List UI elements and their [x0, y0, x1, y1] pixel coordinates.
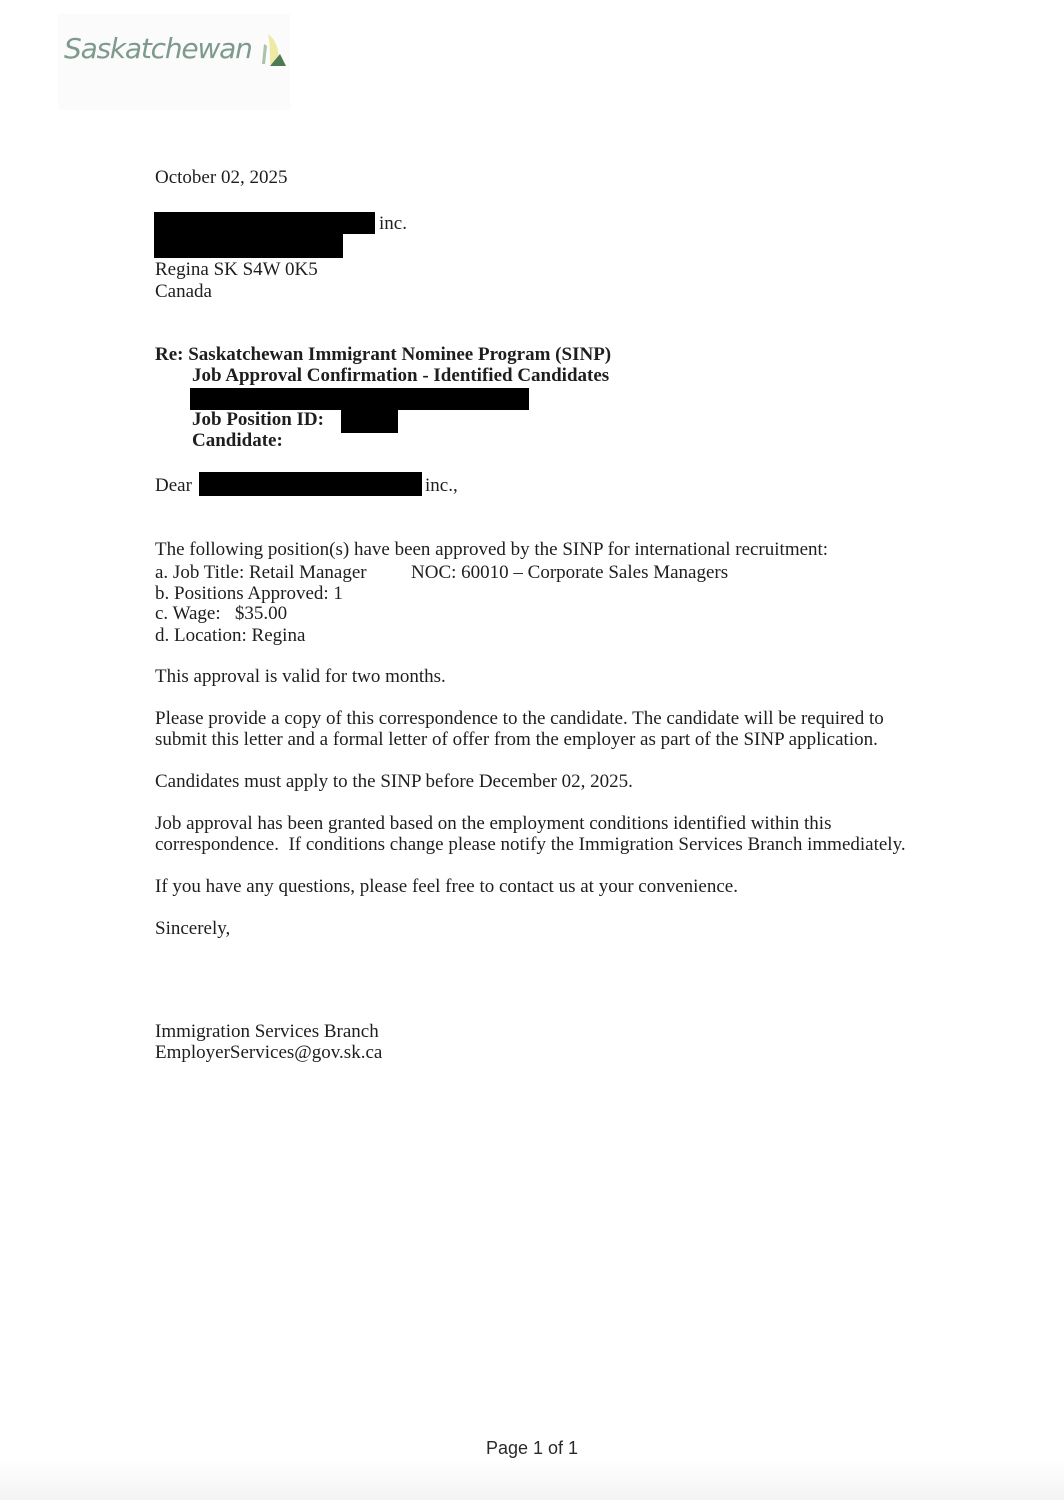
candidate-label: Candidate:	[192, 430, 283, 451]
approval-item-noc: NOC: 60010 – Corporate Sales Managers	[411, 562, 728, 583]
conditions-line-2: correspondence. If conditions change ple…	[155, 834, 906, 855]
subject-line-1: Re: Saskatchewan Immigrant Nominee Progr…	[155, 344, 611, 365]
conditions-line-1: Job approval has been granted based on t…	[155, 813, 831, 834]
provide-copy-line-2: submit this letter and a formal letter o…	[155, 729, 878, 750]
approval-item-location: d. Location: Regina	[155, 625, 305, 646]
approval-item-wage: c. Wage: $35.00	[155, 603, 287, 624]
provide-copy-line-1: Please provide a copy of this correspond…	[155, 708, 884, 729]
signature-branch: Immigration Services Branch	[155, 1021, 379, 1042]
recipient-city-line: Regina SK S4W 0K5	[155, 259, 318, 280]
approval-item-job-title: a. Job Title: Retail Manager	[155, 562, 367, 583]
redacted-job-position-id	[341, 410, 398, 433]
validity-paragraph: This approval is valid for two months.	[155, 666, 446, 687]
questions-paragraph: If you have any questions, please feel f…	[155, 876, 738, 897]
recipient-country: Canada	[155, 281, 212, 302]
closing: Sincerely,	[155, 918, 230, 939]
approval-item-positions: b. Positions Approved: 1	[155, 583, 343, 604]
salutation-prefix: Dear	[155, 475, 192, 496]
approval-intro: The following position(s) have been appr…	[155, 539, 828, 560]
redacted-salutation-name	[199, 472, 422, 496]
page-bottom-shade	[0, 1460, 1064, 1500]
redacted-street-address	[154, 234, 343, 258]
logo-wordmark: Saskatchewan	[64, 32, 252, 65]
redacted-company-name	[154, 212, 375, 234]
wheat-sheaf-icon	[258, 30, 288, 72]
redacted-subject-detail	[190, 388, 529, 410]
letter-date: October 02, 2025	[155, 167, 287, 188]
subject-line-2: Job Approval Confirmation - Identified C…	[192, 365, 609, 386]
page-number: Page 1 of 1	[0, 1438, 1064, 1459]
recipient-name-suffix: inc.	[379, 213, 407, 234]
signature-email: EmployerServices@gov.sk.ca	[155, 1042, 382, 1063]
salutation-suffix: inc.,	[425, 475, 458, 496]
deadline-paragraph: Candidates must apply to the SINP before…	[155, 771, 633, 792]
job-position-id-label: Job Position ID:	[192, 409, 324, 430]
